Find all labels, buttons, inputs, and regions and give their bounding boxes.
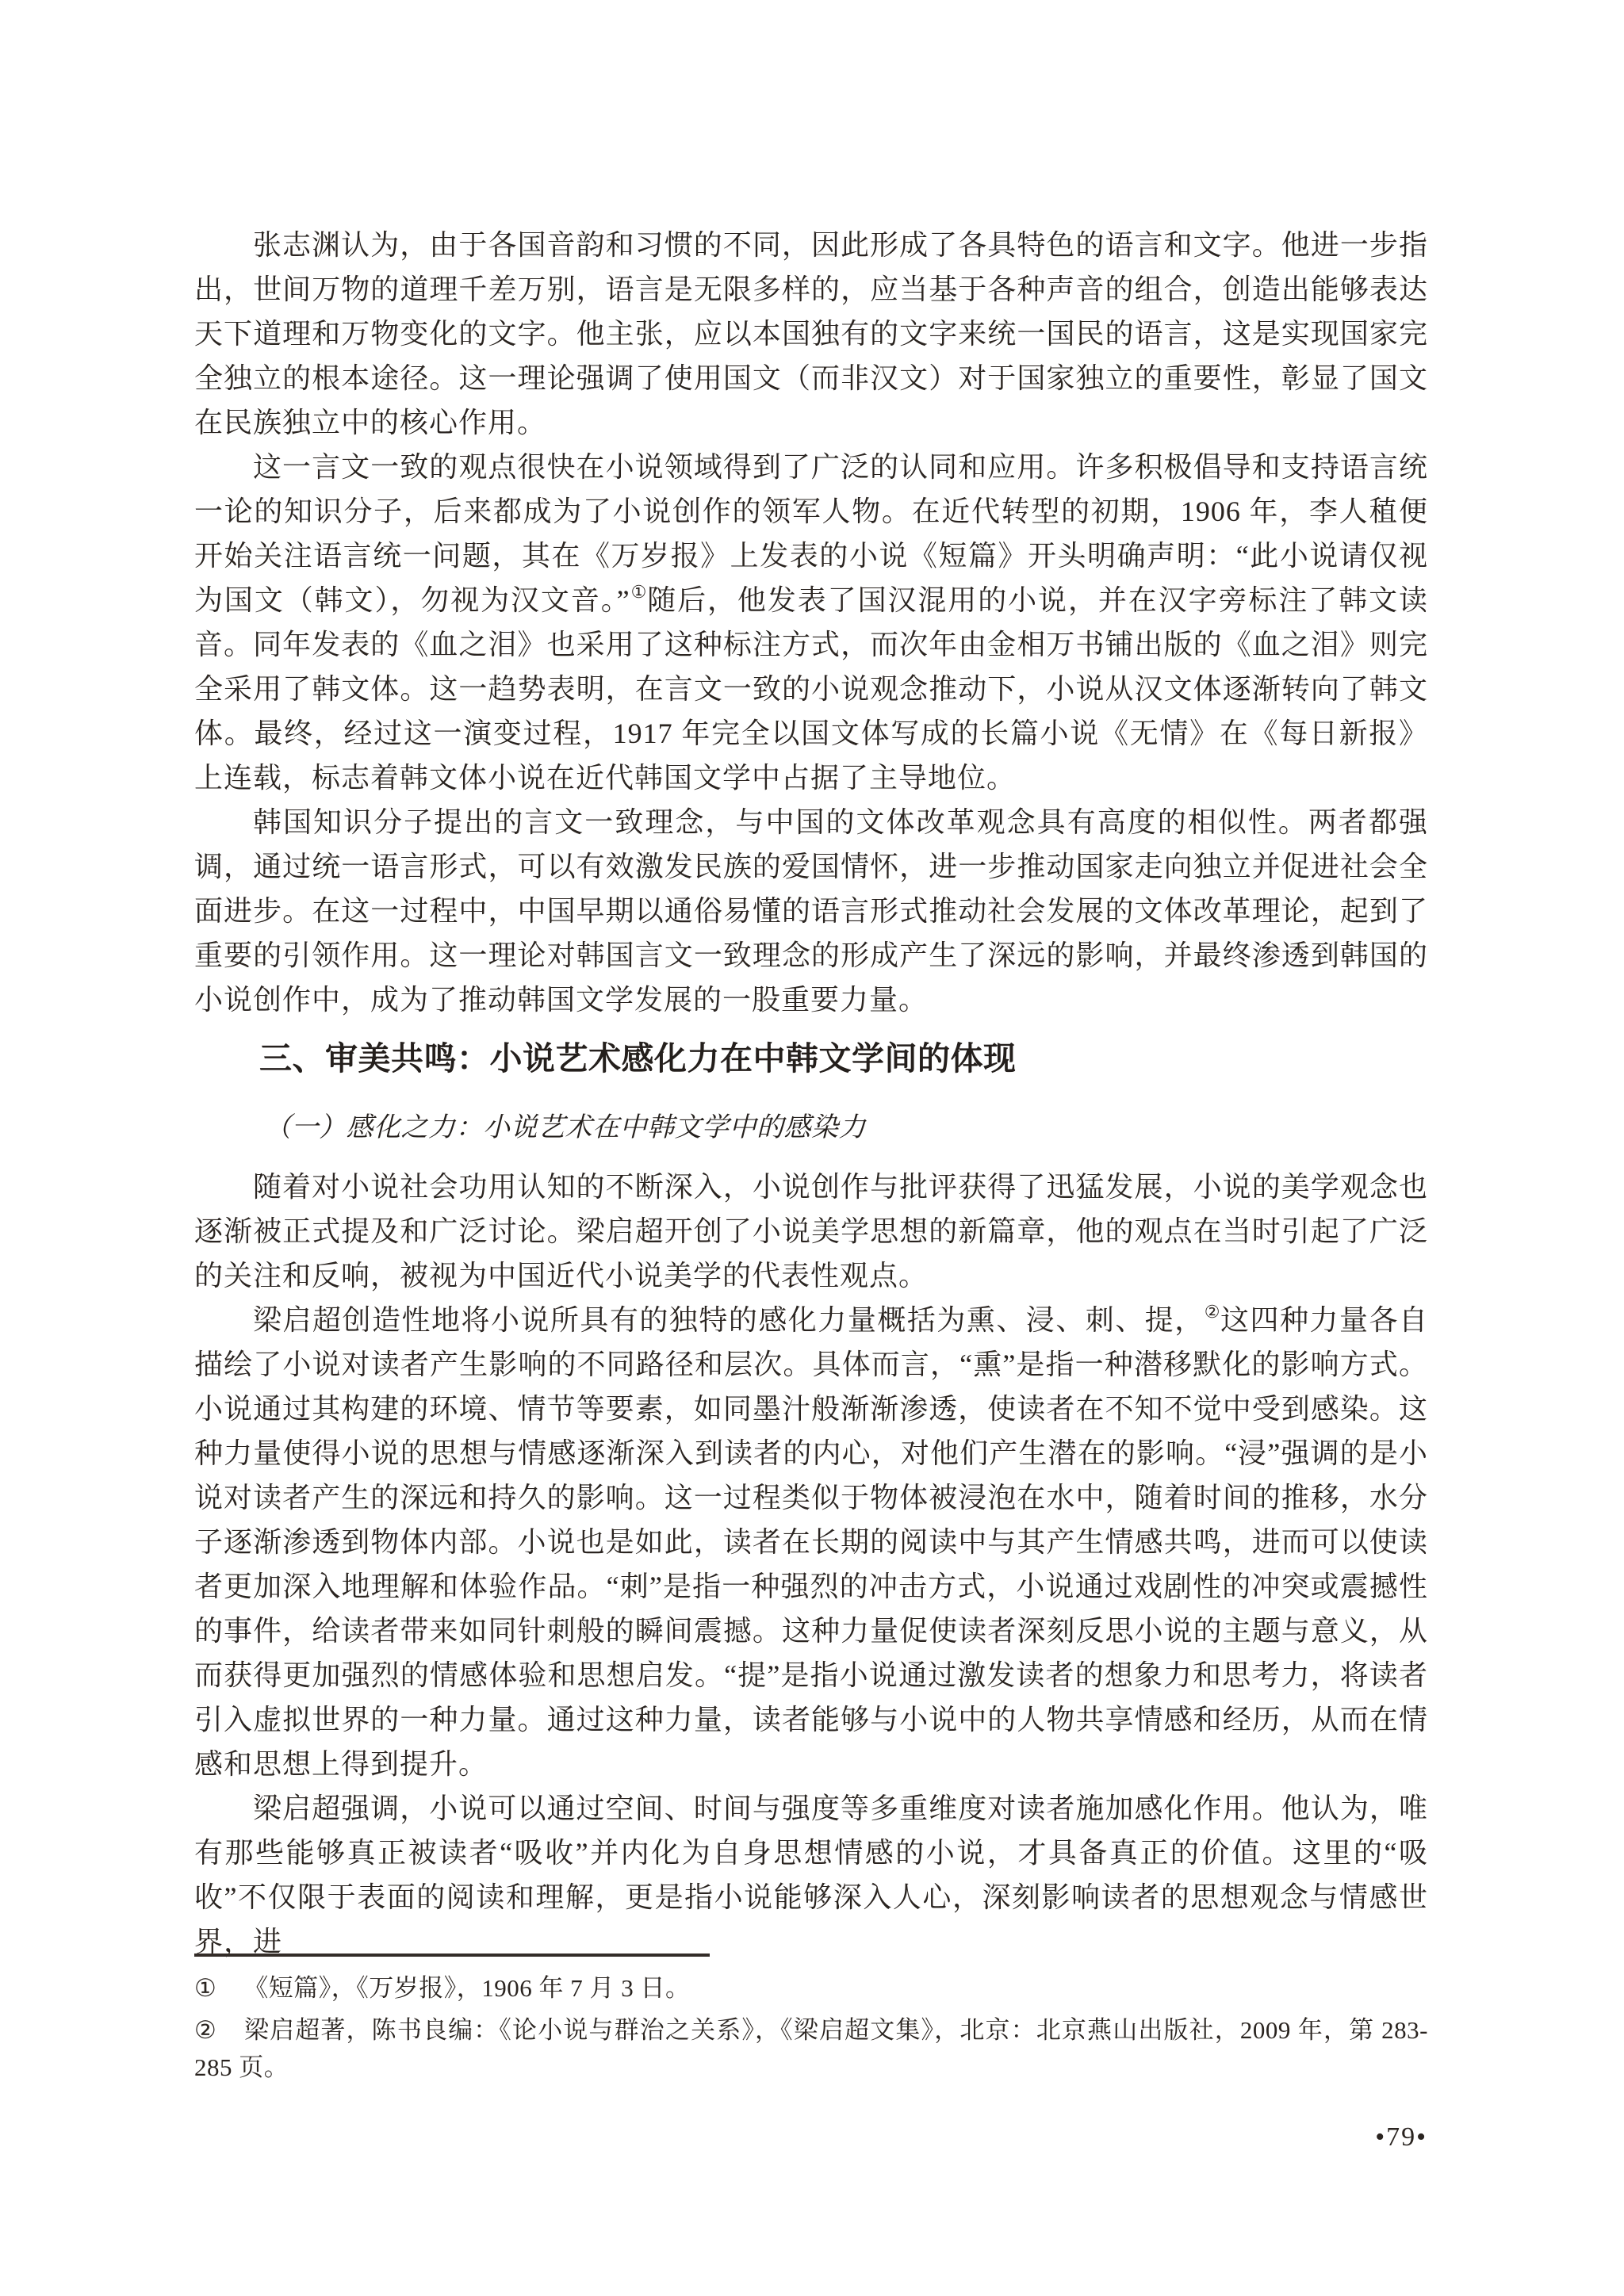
paragraph-text: 这四种力量各自描绘了小说对读者产生影响的不同路径和层次。具体而言，“熏”是指一种…	[194, 1304, 1428, 1780]
footnote-area: ①《短篇》，《万岁报》，1906 年 7 月 3 日。 ②梁启超著，陈书良编：《…	[194, 1954, 1428, 2086]
section-heading: 三、审美共鸣：小说艺术感化力在中韩文学间的体现	[194, 1035, 1428, 1082]
document-page: 张志渊认为，由于各国音韵和习惯的不同，因此形成了各具特色的语言和文字。他进一步指…	[0, 0, 1624, 2296]
body-paragraph-6: 梁启超强调，小说可以通过空间、时间与强度等多重维度对读者施加感化作用。他认为，唯…	[194, 1786, 1428, 1964]
body-paragraph-3: 韩国知识分子提出的言文一致理念，与中国的文体改革观念具有高度的相似性。两者都强调…	[194, 800, 1428, 1022]
footnote-ref-1: ①	[630, 582, 648, 602]
body-paragraph-5: 梁启超创造性地将小说所具有的独特的感化力量概括为熏、浸、刺、提，②这四种力量各自…	[194, 1298, 1428, 1786]
footnote-2: ②梁启超著，陈书良编：《论小说与群治之关系》，《梁启超文集》，北京：北京燕山出版…	[194, 2011, 1428, 2086]
footnote-ref-2: ②	[1205, 1302, 1220, 1322]
subsection-heading: （一）感化之力：小说艺术在中韩文学中的感染力	[194, 1108, 1428, 1149]
body-paragraph-1: 张志渊认为，由于各国音韵和习惯的不同，因此形成了各具特色的语言和文字。他进一步指…	[194, 223, 1428, 445]
footnote-2-marker: ②	[194, 2016, 217, 2044]
body-paragraph-2: 这一言文一致的观点很快在小说领域得到了广泛的认同和应用。许多积极倡导和支持语言统…	[194, 445, 1428, 800]
footnote-1-marker: ①	[194, 1974, 216, 2002]
article-body: 张志渊认为，由于各国音韵和习惯的不同，因此形成了各具特色的语言和文字。他进一步指…	[194, 223, 1428, 1964]
footnote-separator-line	[194, 1954, 710, 1957]
footnote-2-text: 梁启超著，陈书良编：《论小说与群治之关系》，《梁启超文集》，北京：北京燕山出版社…	[194, 2016, 1428, 2081]
page-number: •79•	[1375, 2122, 1427, 2153]
paragraph-text: 梁启超创造性地将小说所具有的独特的感化力量概括为熏、浸、刺、提，	[253, 1304, 1205, 1336]
footnote-1: ①《短篇》，《万岁报》，1906 年 7 月 3 日。	[194, 1969, 1428, 2007]
footnote-1-text: 《短篇》，《万岁报》，1906 年 7 月 3 日。	[243, 1974, 690, 2002]
body-paragraph-4: 随着对小说社会功用认知的不断深入，小说创作与批评获得了迅猛发展，小说的美学观念也…	[194, 1165, 1428, 1298]
